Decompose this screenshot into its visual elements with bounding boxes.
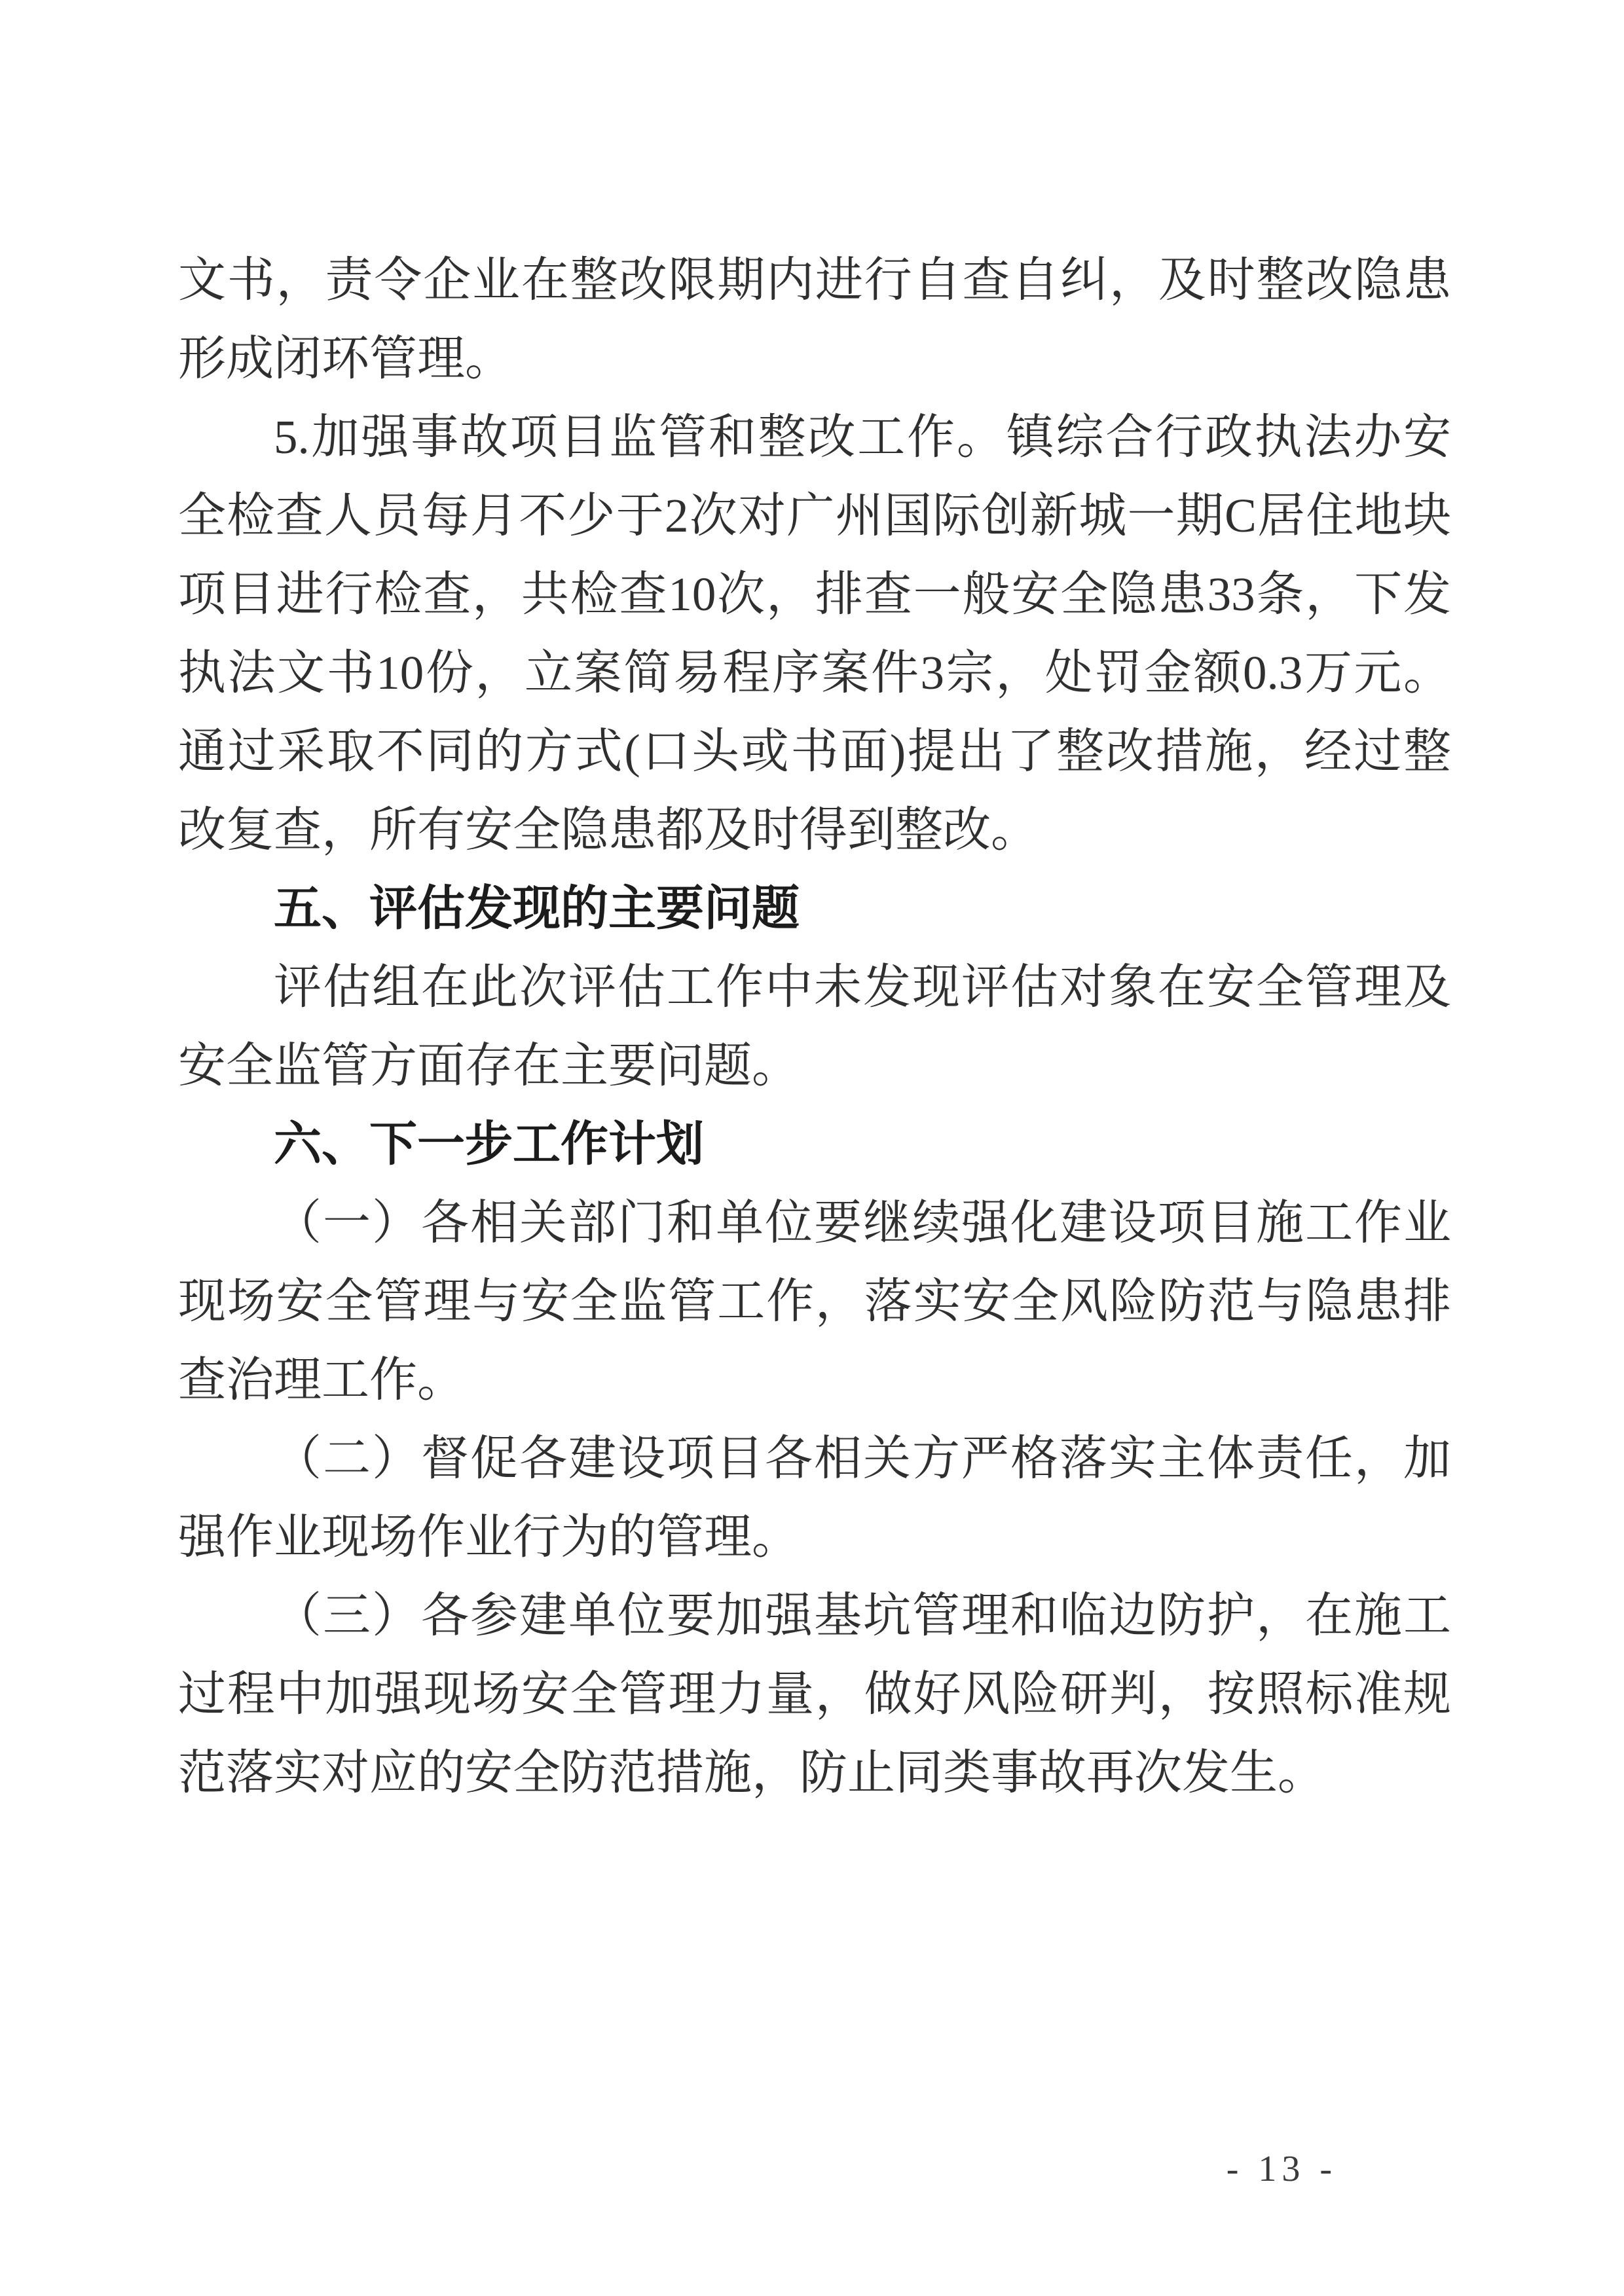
document-body: 文书，责令企业在整改限期内进行自查自纠，及时整改隐患形成闭环管理。 5.加强事故…	[178, 241, 1451, 1812]
paragraph-next-step-2: （二）督促各建设项目各相关方严格落实主体责任，加强作业现场作业行为的管理。	[178, 1419, 1451, 1576]
paragraph-next-step-3: （三）各参建单位要加强基坑管理和临边防护，在施工过程中加强现场安全管理力量，做好…	[178, 1576, 1451, 1812]
section-heading-6-next-steps: 六、下一步工作计划	[178, 1105, 1451, 1184]
document-page: 文书，责令企业在整改限期内进行自查自纠，及时整改隐患形成闭环管理。 5.加强事故…	[0, 0, 1624, 2296]
paragraph-assessment-result: 评估组在此次评估工作中未发现评估对象在安全管理及安全监管方面存在主要问题。	[178, 948, 1451, 1105]
section-heading-5-main-problems: 五、评估发现的主要问题	[178, 869, 1451, 948]
paragraph-closing-loop: 文书，责令企业在整改限期内进行自查自纠，及时整改隐患形成闭环管理。	[178, 241, 1451, 398]
paragraph-next-step-1: （一）各相关部门和单位要继续强化建设项目施工作业现场安全管理与安全监管工作，落实…	[178, 1184, 1451, 1419]
page-number: - 13 -	[1227, 2148, 1337, 2190]
paragraph-item-5-supervision: 5.加强事故项目监管和整改工作。镇综合行政执法办安全检查人员每月不少于2次对广州…	[178, 398, 1451, 869]
